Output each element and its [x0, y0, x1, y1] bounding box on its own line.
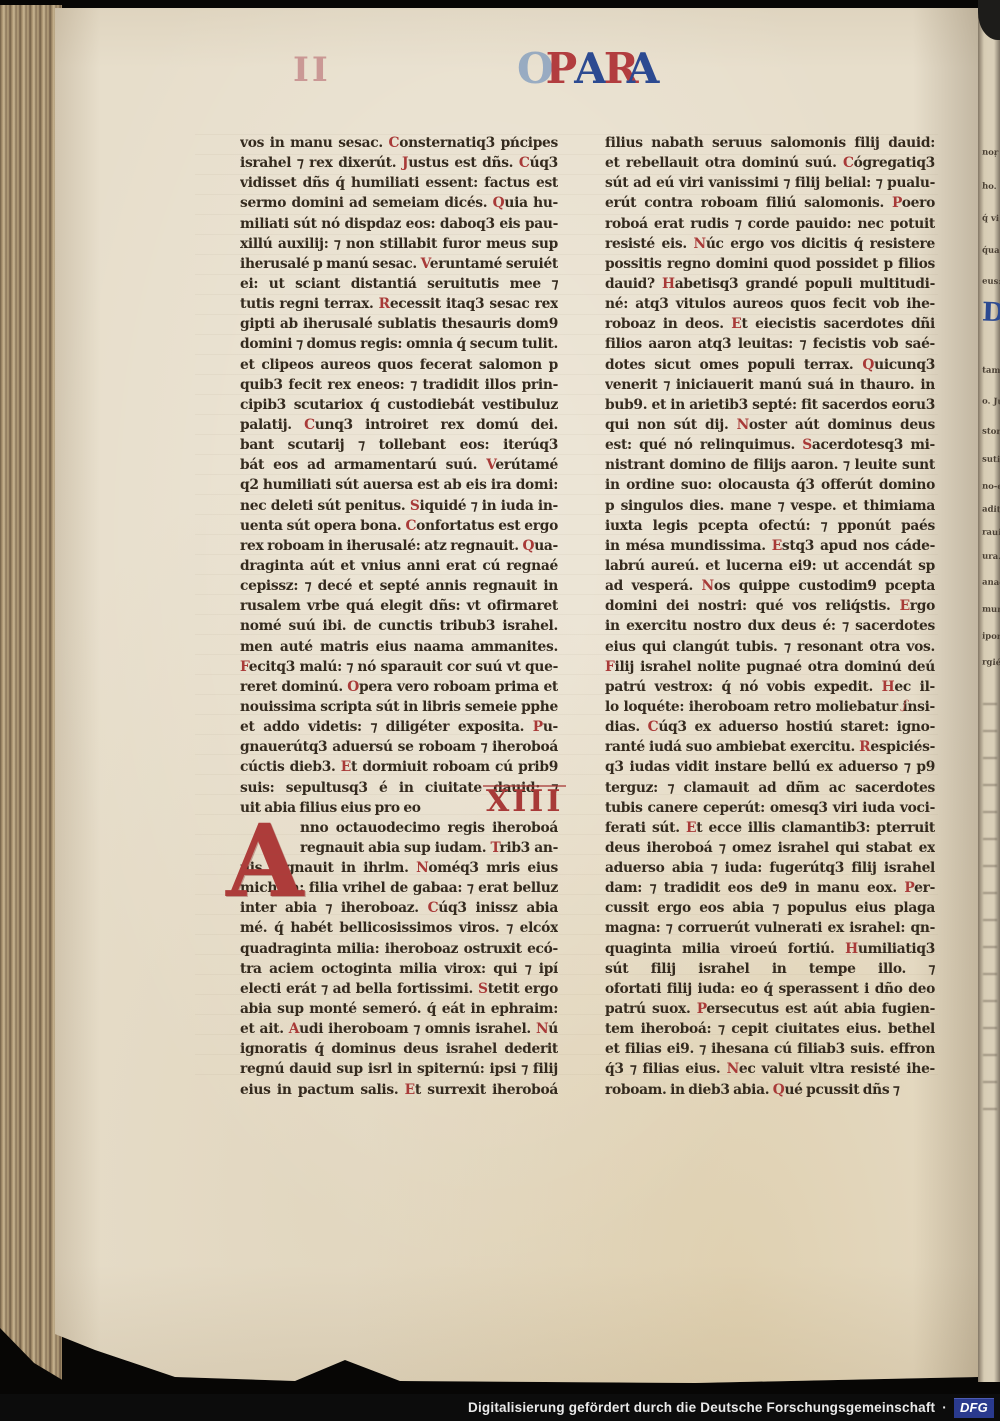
- running-title-letter: A: [574, 44, 607, 93]
- rubricated-letter: S: [802, 437, 812, 453]
- rubricated-letter: P: [697, 1001, 707, 1017]
- text-line: aduerso abia ⁊ iuda: fugerútq3 filij isr…: [605, 858, 935, 878]
- dfg-logo: DFG: [954, 1398, 994, 1418]
- rubricated-letter: C: [389, 135, 400, 151]
- text-line: magna: ⁊ corruerút vulnerati ex israhel:…: [605, 918, 935, 938]
- text-line: domini ⁊ domus regis: omnia q́ secum tul…: [240, 334, 558, 354]
- rubricated-letter: N: [702, 578, 714, 594]
- rubricated-letter: E: [900, 598, 910, 614]
- chapter-initial-drop-cap: A: [226, 809, 303, 913]
- text-line: erút contra roboam filiú salomonis. Poer…: [605, 193, 935, 213]
- edge-text-fragment: noṛ: [982, 147, 1000, 158]
- text-line: ei: ut sciant distantiá seruitutis mee ⁊…: [240, 274, 558, 294]
- text-line: iherusalé p manú sesac. Veruntamé seruié…: [240, 254, 558, 274]
- text-line: sút ad eú viri vanissimi ⁊ filij belial:…: [605, 173, 935, 193]
- edge-text-fragment: o. Ju: [982, 396, 1000, 407]
- text-line: in mésa mundissima. Estq3 apud nos cáde-: [605, 536, 935, 556]
- rubricated-letter: P: [533, 719, 543, 735]
- text-line: palatij. Cunq3 introiret rex domú dei. v…: [240, 415, 558, 435]
- rubricated-letter: F: [605, 659, 615, 675]
- text-line: dauid? Habetisq3 grandé populi multitudi…: [605, 274, 935, 294]
- rubricated-letter: O: [347, 679, 359, 695]
- text-line: labrú aureú. et lucerna ei9: ut accendát…: [605, 556, 935, 576]
- text-line: bub9. et in arietib3 septé: fit sacerdos…: [605, 395, 935, 415]
- text-line: eius in pactum salis. Et surrexit iherob…: [240, 1080, 558, 1100]
- edge-text-fragment: rgiér d: [982, 657, 1000, 668]
- column-left: XIII A vos in manu sesac. Consternatiq3 …: [240, 133, 558, 1100]
- text-line: quaginta milia viroeú fortiú. Humiliatiq…: [605, 939, 935, 959]
- edge-text-fragment: adit: q́ po: [982, 504, 1000, 515]
- running-title-letter: A: [627, 44, 660, 93]
- text-line: patrú suox. Persecutus est aút abia fugi…: [605, 999, 935, 1019]
- rubricated-letter: Q: [522, 538, 534, 554]
- rubricated-letter: J: [402, 155, 408, 171]
- text-line: tutis regni terrax. Recessit itaq3 sesac…: [240, 294, 558, 314]
- text-line: xillú auxilij: ⁊ non stillabit furor meu…: [240, 234, 558, 254]
- text-line: dotes sicut omes populi terrax. Quicunq3: [605, 355, 935, 375]
- folio-number: II: [293, 50, 331, 90]
- rubricated-letter: S: [478, 981, 488, 997]
- edge-text-fragment: tam da: [982, 365, 1000, 376]
- text-line: roboam. in dieb3 abia. Qué pcussit dñs ⁊: [605, 1080, 935, 1100]
- rubricated-letter: T: [490, 840, 499, 856]
- edge-text-fragment: suti der: [982, 454, 1000, 465]
- rubricated-letter: C: [648, 719, 659, 735]
- text-line: ofortati filij iuda: eo q́ sperassent i …: [605, 979, 935, 999]
- text-line: reret dominú. Opera vero roboam prima et: [240, 677, 558, 697]
- rubricated-letter: F: [240, 659, 249, 675]
- rubricated-letter: E: [405, 1082, 415, 1098]
- text-line: ignoratis q́ dominus deus israhel dederi…: [240, 1039, 558, 1059]
- rubricated-letter: N: [737, 417, 749, 433]
- text-line: gipti ab iherusalé sublatis thesauris do…: [240, 314, 558, 334]
- text-line: lo loquéte: iheroboam retro moliebatur i…: [605, 697, 935, 717]
- running-title-letter: P: [546, 44, 578, 93]
- facing-page-blue-initial: D: [982, 299, 1000, 326]
- text-line: quib3 fecit rex eneos: ⁊ tradidit illos …: [240, 375, 558, 395]
- text-line: et ait. Audi iheroboam ⁊ omnis israhel. …: [240, 1019, 558, 1039]
- text-line: cipib3 scutariox q́ custodiebát vestibul…: [240, 395, 558, 415]
- text-line: nistrant domino de filijs aaron. ⁊ leuit…: [605, 455, 935, 475]
- text-line: venerit ⁊ iniciauerit manú suá in thauro…: [605, 375, 935, 395]
- text-line: filius nabath seruus salomonis filij dau…: [605, 133, 935, 153]
- text-line: in exercitu nostro dux deus é: ⁊ sacerdo…: [605, 616, 935, 636]
- edge-text-fragment: iponb3: [982, 631, 1000, 642]
- text-line: vos in manu sesac. Consternatiq3 pńcipes: [240, 133, 558, 153]
- text-line: tubis canere ceperút: omesq3 viri iuda v…: [605, 798, 935, 818]
- text-line: nec deleti sút penitus. Siquidé ⁊ in iud…: [240, 496, 558, 516]
- rubricated-letter: N: [416, 860, 428, 876]
- text-line: ferati sút. Et ecce illis clamantib3: pt…: [605, 818, 935, 838]
- text-line: patrú vestrox: q́ nó vobis expedit. Hec …: [605, 677, 935, 697]
- running-title: O PARA: [517, 44, 656, 93]
- text-line: bát eos ad armamentarú suú. Verútamé: [240, 455, 558, 475]
- edge-text-fragment: q́ vi: [982, 213, 1000, 224]
- edge-text-fragment: stor erg: [982, 426, 1000, 437]
- rubricated-letter: N: [694, 236, 706, 252]
- rubricated-letter: H: [882, 679, 895, 695]
- text-line: vidisset dñs q́ humiliati essent: factus…: [240, 173, 558, 193]
- edge-text-fragment: no-et ere: [982, 481, 1000, 492]
- text-line: Fecitq3 malú: ⁊ nó sparauit cor suú vt q…: [240, 657, 558, 677]
- text-line: regnú dauid sup isrl in spiternú: ipsi ⁊…: [240, 1059, 558, 1079]
- text-line: nomé suú ibi. de cunctis tribub3 israhel…: [240, 616, 558, 636]
- text-line: miliati sút nó dispdaz eos: daboq3 eis p…: [240, 214, 558, 234]
- facing-page-curled-edge: noṛho.q́ viq́uaeus:Dtam dao. Justor ergs…: [978, 0, 1000, 1382]
- text-line: bant scutarij ⁊ tollebant eos: iterúq3 r…: [240, 435, 558, 455]
- rubricated-letter: E: [341, 759, 351, 775]
- rubricated-letter: H: [845, 941, 858, 957]
- edge-text-fragment: raui suo: [982, 527, 1000, 538]
- text-line: israhel ⁊ rex dixerút. Justus est dñs. C…: [240, 153, 558, 173]
- text-line: filios aaron atq3 leuitas: ⁊ fecistis vo…: [605, 334, 935, 354]
- text-line: né: atq3 vitulos aureos quos fecit vob i…: [605, 294, 935, 314]
- rubricated-letter: E: [686, 820, 696, 836]
- text-line: men auté matris eius naama ammanites.: [240, 637, 558, 657]
- text-line: tra aciem octoginta milia virox: qui ⁊ i…: [240, 959, 558, 979]
- book-page-stack-edge: [0, 5, 62, 1405]
- edge-text-fragment: q́ua: [982, 245, 1000, 256]
- rubricated-letter: V: [486, 457, 495, 473]
- text-line: mé. q́ habét bellicosissimos viros. ⁊ el…: [240, 918, 558, 938]
- rubricated-letter: Q: [493, 195, 505, 211]
- rubricated-letter: A: [289, 1021, 299, 1037]
- rubricated-letter: C: [843, 155, 854, 171]
- rubricated-letter: N: [536, 1021, 548, 1037]
- text-line: qui non sút dij. Noster aút dominus deus: [605, 415, 935, 435]
- text-line: et filias ei9. ⁊ ihesana cú filiab3 suis…: [605, 1039, 935, 1059]
- rubricated-letter: E: [772, 538, 782, 554]
- text-line: p singulos dies. mane ⁊ vespe. et thimia…: [605, 496, 935, 516]
- rubricated-letter: R: [859, 739, 870, 755]
- rubricated-letter: P: [892, 195, 902, 211]
- text-line: gnauerútq3 aduersú se roboam ⁊ iheroboá: [240, 737, 558, 757]
- text-line: sermo domini ad semeiam dicés. Quia hu-: [240, 193, 558, 213]
- digitization-caption-bar: Digitalisierung gefördert durch die Deut…: [0, 1394, 1000, 1421]
- rubricated-letter: R: [379, 296, 390, 312]
- text-line: q́3 ⁊ filias eius. Nec valuit vltra resi…: [605, 1059, 935, 1079]
- text-line: terguz: ⁊ clamauit ad dñm ac sacerdotes: [605, 778, 935, 798]
- edge-text-fragment: ura. Et a: [982, 551, 1000, 562]
- rubricated-letter: C: [428, 900, 439, 916]
- text-line: quadraginta milia: iheroboaz ostruxit ec…: [240, 939, 558, 959]
- text-line: cussit ergo eos abia ⁊ populus eius plag…: [605, 898, 935, 918]
- text-line: dam: ⁊ tradidit eos de9 in manu eox. Per…: [605, 878, 935, 898]
- text-line: Filij israhel nolite pugnaé otra dominú …: [605, 657, 935, 677]
- text-line: est: qué nó relinquimus. Sacerdotesq3 mi…: [605, 435, 935, 455]
- text-line: abia sup monté semeró. q́ eát in ephraim…: [240, 999, 558, 1019]
- edge-text-fragment: eus:: [982, 276, 1000, 287]
- rubricated-letter: N: [727, 1061, 739, 1077]
- text-line: draginta aút et vnius anni erat cú regna…: [240, 556, 558, 576]
- manuscript-page: II O PARA XIII A vos in manu sesac. Cons…: [55, 8, 978, 1395]
- text-line: ad vesperá. Nos quippe custodim9 pcepta: [605, 576, 935, 596]
- text-line: et rebellauit otra dominú suú. Cógregati…: [605, 153, 935, 173]
- text-line: eius qui clangút tubis. ⁊ resonant otra …: [605, 637, 935, 657]
- text-line: rusalem vrbe quá elegit dñs: vt ofirmare…: [240, 596, 558, 616]
- text-line: ranté iudá suo ambiebat exercitu. Respic…: [605, 737, 935, 757]
- text-line: deus iheroboá ⁊ omez israhel qui stabat …: [605, 838, 935, 858]
- rubricated-letter: S: [410, 498, 420, 514]
- caption-separator: ·: [942, 1400, 947, 1415]
- text-line: q3 iudas vidit instare bellú ex aduerso …: [605, 757, 935, 777]
- edge-text-fragment: anae: ⁊ u: [982, 577, 1000, 588]
- edge-text-fragment: ho.: [982, 181, 1000, 192]
- text-line: nouissima scripta sút in libris semeie p…: [240, 697, 558, 717]
- rubricated-letter: H: [662, 276, 675, 292]
- chapter-number: XIII: [483, 785, 566, 817]
- text-line: tem iheroboá: ⁊ cepit ciuitates eius. be…: [605, 1019, 935, 1039]
- rubricated-letter: E: [731, 316, 741, 332]
- text-line: domini dei nostri: qué vos reliq́stis. E…: [605, 596, 935, 616]
- rubricated-letter: V: [421, 256, 430, 272]
- edge-text-fragment: munta: [982, 604, 1000, 615]
- rubricated-letter: Q: [862, 357, 874, 373]
- text-line: dias. Cúq3 ex aduerso hostiú staret: ign…: [605, 717, 935, 737]
- text-line: et addo videtis: ⁊ diligéter exposita. P…: [240, 717, 558, 737]
- rubricated-letter: C: [405, 518, 416, 534]
- text-line: q2 humiliati sút auersa est ab eis ira d…: [240, 475, 558, 495]
- text-line: roboá erat rudis ⁊ corde pauido: nec pot…: [605, 214, 935, 234]
- text-line: sút filij israhel in tempe illo. ⁊ vehem…: [605, 959, 935, 979]
- digitization-caption: Digitalisierung gefördert durch die Deut…: [468, 1400, 935, 1415]
- text-line: iuxta legis pcepta ofectú: ⁊ pponút paés: [605, 516, 935, 536]
- rubricated-letter: C: [519, 155, 530, 171]
- rubricated-letter: C: [304, 417, 315, 433]
- text-line: roboaz in deos. Et eiecistis sacerdotes …: [605, 314, 935, 334]
- text-line: in ordine suo: olocausta q́3 offerút dom…: [605, 475, 935, 495]
- text-line: cepissz: ⁊ decé et septé annis regnauit …: [240, 576, 558, 596]
- rubricated-letter: Q: [773, 1082, 785, 1098]
- text-line: electi erát ⁊ ad bella fortissimi. Steti…: [240, 979, 558, 999]
- text-line: et clipeos aureos quos fecerat salomon p: [240, 355, 558, 375]
- text-line: resisté eis. Núc ergo vos dicitis q́ res…: [605, 234, 935, 254]
- text-line: possitis regno domini quod possidet p fi…: [605, 254, 935, 274]
- text-line: cúctis dieb3. Et dormiuit roboam cú prib…: [240, 757, 558, 777]
- text-line: rex roboam in iherusalé: atz regnauit. Q…: [240, 536, 558, 556]
- rubricated-letter: P: [904, 880, 914, 896]
- text-line: uenta sút opera bona. Confortatus est er…: [240, 516, 558, 536]
- column-right: filius nabath seruus salomonis filij dau…: [605, 133, 935, 1100]
